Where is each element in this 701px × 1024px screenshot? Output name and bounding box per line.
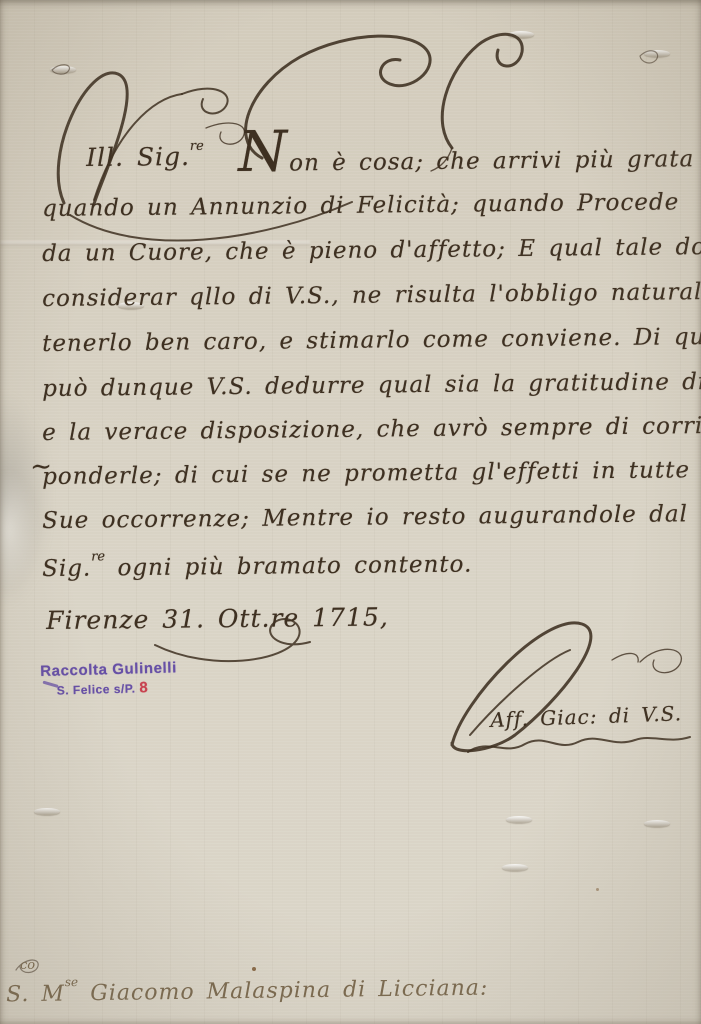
address-line: S. Mse Giacomo Malaspina di Licciana: [6, 975, 489, 1007]
body-line: da un Cuore, che è pieno d'affetto; E qu… [42, 233, 701, 267]
address-prefix: S. M [6, 982, 65, 1008]
address-superscript-start: co [20, 958, 35, 973]
paper-crease [50, 66, 76, 73]
paper-crease [502, 864, 528, 871]
address-rest: Giacomo Malaspina di Licciana: [78, 976, 488, 1007]
manuscript-page: Ill. Sig.re Non è cosa; che arrivi più g… [0, 0, 701, 1024]
salutation-text: Ill. Sig. [86, 142, 190, 172]
stamp-location-line: S. Felice s/P. 8 [40, 678, 177, 700]
body-line-final: Sig.re ogni più bramato contento. [42, 551, 472, 582]
paper-crease [508, 31, 534, 38]
closing-line: Aff. Giac: di V.S. [490, 701, 682, 732]
paper-stain-light [0, 470, 36, 590]
collection-stamp: Raccolta Gulinelli S. Felice s/P. 8 [40, 659, 178, 700]
address-superscript: se [65, 975, 78, 989]
final-line-superscript: re [91, 550, 105, 565]
dateline: Firenze 31. Ott.re 1715, [46, 602, 389, 635]
body-line: ponderle; di cui se ne prometta gl'effet… [42, 457, 701, 490]
paper-crease [644, 820, 670, 827]
stamp-collection-name: Raccolta Gulinelli [40, 659, 177, 681]
paper-crease [34, 808, 60, 815]
ink-speck [596, 888, 599, 891]
final-line-rest: ogni più bramato contento. [105, 551, 472, 581]
stamp-location-text: S. Felice s/P. [57, 681, 136, 697]
final-line-prefix: Sig. [42, 555, 91, 582]
show-through-mark [640, 51, 658, 63]
body-line: quando un Annunzio di Felicità; quando P… [42, 189, 679, 222]
salutation-superscript: re [190, 138, 204, 153]
show-through-mark [52, 65, 69, 74]
body-line: tenerlo ben caro, e stimarlo come convie… [42, 324, 701, 357]
body-line: Non è cosa; che arrivi più grata [238, 143, 694, 177]
body-line: considerar qllo di V.S., ne risulta l'ob… [42, 279, 701, 312]
salutation: Ill. Sig.re [86, 142, 204, 172]
body-line: può dunque V.S. dedurre qual sia la grat… [42, 368, 701, 402]
ink-speck [252, 967, 256, 971]
paper-crease [644, 50, 670, 57]
body-line: Sue occorrenze; Mentre io resto augurand… [42, 501, 688, 534]
paper-crease [506, 816, 532, 823]
stamp-number: 8 [139, 679, 148, 696]
signature-scrawl [468, 737, 690, 752]
body-line: e la verace disposizione, che avrò sempr… [42, 413, 701, 446]
signature-flourish [452, 623, 681, 751]
